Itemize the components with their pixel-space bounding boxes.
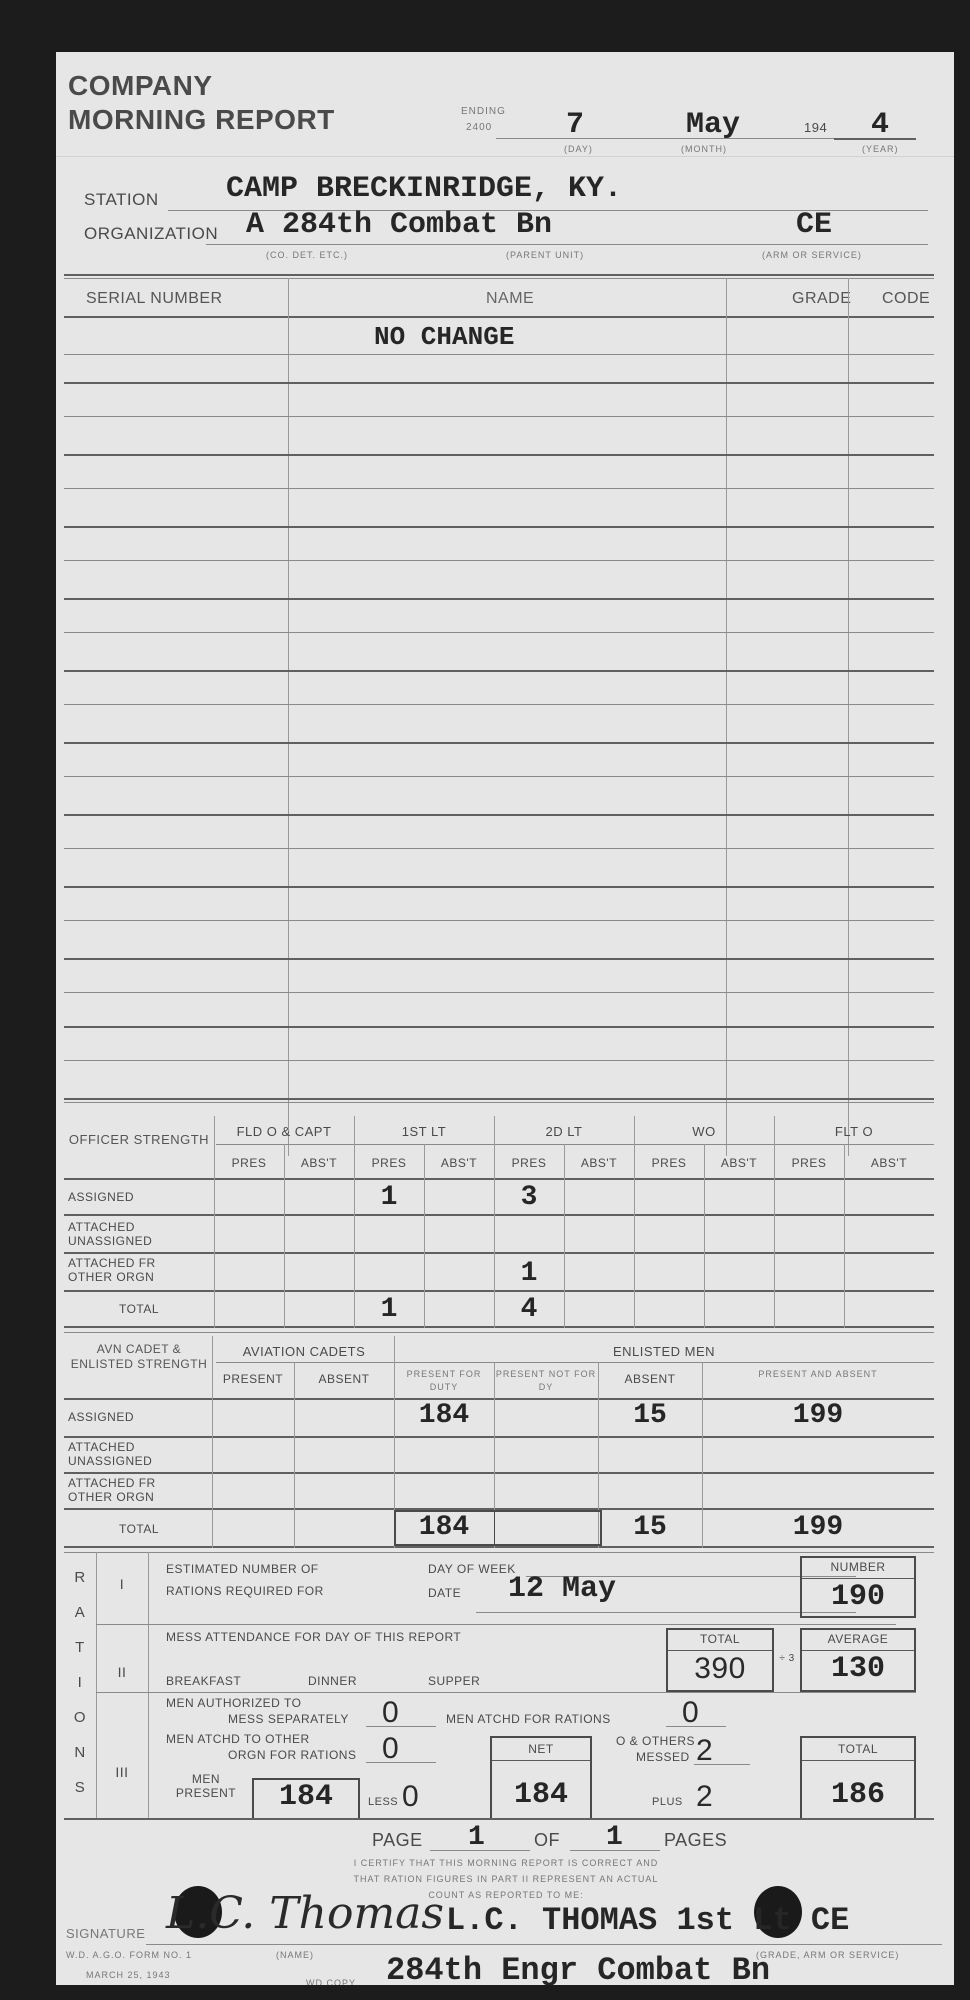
enlisted-row-assigned-label: ASSIGNED	[68, 1410, 134, 1424]
part-i-label-1: ESTIMATED NUMBER OF	[166, 1562, 319, 1576]
mess-separately-value: 0	[382, 1696, 399, 1730]
officer-assigned-1st-lt-pres: 1	[354, 1182, 424, 1213]
officer-row-attached-unassigned-label: ATTACHED UNASSIGNED	[68, 1220, 198, 1248]
col-present-for-duty: PRESENT FOR DUTY	[394, 1368, 494, 1394]
officer-row-attached-fr-label: ATTACHED FR OTHER ORGN	[68, 1256, 198, 1284]
ending-label: ENDING	[461, 106, 506, 117]
average-label: AVERAGE	[800, 1632, 916, 1646]
col-grade: GRADE	[792, 290, 851, 308]
enlisted-men-header: ENLISTED MEN	[394, 1344, 934, 1359]
officer-group-fld-o-capt: FLD O & CAPT	[214, 1124, 354, 1139]
attendance-total: 390	[666, 1652, 774, 1686]
day-caption: (DAY)	[564, 144, 593, 154]
atchd-other-value: 0	[382, 1732, 399, 1766]
part-i-number: I	[96, 1576, 148, 1592]
sub-pres: PRES	[634, 1156, 704, 1170]
page-label: PAGE	[372, 1830, 423, 1851]
org-caption-co: (CO. DET. ETC.)	[266, 250, 348, 260]
men-present-label: MEN PRESENT	[166, 1772, 246, 1800]
grade-caption: (GRADE, ARM OR SERVICE)	[756, 1950, 899, 1960]
rations-date: 12 May	[508, 1572, 616, 1606]
sub-abst: ABS'T	[284, 1156, 354, 1170]
org-caption-arm: (ARM OR SERVICE)	[762, 250, 862, 260]
enlisted-assigned-present-and-absent: 199	[702, 1400, 934, 1431]
enlisted-strength-title: AVN CADET & ENLISTED STRENGTH	[64, 1342, 214, 1372]
officer-group-wo: WO	[634, 1124, 774, 1139]
col-present-and-absent: PRESENT AND ABSENT	[702, 1368, 934, 1381]
station-label: STATION	[84, 190, 159, 210]
day-of-week-label: DAY OF WEEK	[428, 1562, 516, 1576]
organization-label: ORGANIZATION	[84, 224, 218, 244]
mess-separately-label-2: MESS SEPARATELY	[228, 1712, 349, 1726]
supper-label: SUPPER	[428, 1674, 480, 1688]
rations-total-label: TOTAL	[800, 1742, 916, 1756]
enlisted-row-attached-unassigned-label: ATTACHED UNASSIGNED	[68, 1440, 198, 1468]
pages-label: PAGES	[664, 1830, 727, 1851]
less-value: 0	[402, 1780, 419, 1814]
col-code: CODE	[882, 290, 930, 308]
number-label: NUMBER	[800, 1560, 916, 1574]
enlisted-assigned-present-for-duty: 184	[394, 1400, 494, 1431]
sub-abst: ABS'T	[704, 1156, 774, 1170]
enlisted-total-present-and-absent: 199	[702, 1512, 934, 1543]
arm-or-service-value: CE	[796, 208, 832, 242]
net-value: 184	[490, 1778, 592, 1812]
col-present-not-for-duty: PRESENT NOT FOR DY	[494, 1368, 598, 1394]
attendance-average: 130	[800, 1652, 916, 1686]
part-iii-number: III	[96, 1764, 148, 1780]
sub-abst: ABS'T	[564, 1156, 634, 1170]
part-i-label-2: RATIONS REQUIRED FOR	[166, 1584, 324, 1598]
organization-value: A 284th Combat Bn	[246, 208, 552, 242]
ending-time: 2400	[466, 122, 492, 133]
mess-attendance-label: MESS ATTENDANCE FOR DAY OF THIS REPORT	[166, 1630, 461, 1644]
others-messed-label-1: O & OTHERS	[616, 1734, 695, 1748]
part-ii-number: II	[96, 1664, 148, 1680]
year-caption: (YEAR)	[862, 144, 899, 154]
officer-strength-title: OFFICER STRENGTH	[64, 1132, 214, 1148]
atchd-other-label-1: MEN ATCHD TO OTHER	[166, 1732, 310, 1746]
officer-group-1st-lt: 1ST LT	[354, 1124, 494, 1139]
dinner-label: DINNER	[308, 1674, 357, 1688]
atchd-for-rations-value: 0	[682, 1696, 699, 1730]
officer-row-assigned-label: ASSIGNED	[68, 1190, 134, 1204]
org-caption-parent: (PARENT UNIT)	[506, 250, 584, 260]
officer-total-1st-lt-pres: 1	[354, 1294, 424, 1325]
form-title-line2: MORNING REPORT	[68, 104, 335, 136]
sub-pres: PRES	[214, 1156, 284, 1170]
scan-border	[0, 1985, 970, 2000]
report-day: 7	[566, 108, 584, 142]
total-pages: 1	[606, 1822, 623, 1853]
atchd-for-rations-label: MEN ATCHD FOR RATIONS	[446, 1712, 611, 1726]
col-cadets-absent: ABSENT	[294, 1372, 394, 1386]
officer-row-total-label: TOTAL	[64, 1302, 214, 1316]
unit-line: 284th Engr Combat Bn	[386, 1952, 770, 1989]
report-month: May	[686, 108, 740, 142]
officer-attached-fr-2d-lt-pres: 1	[494, 1258, 564, 1289]
others-messed-label-2: MESSED	[636, 1750, 690, 1764]
col-enlisted-absent: ABSENT	[598, 1372, 702, 1386]
roster-entry-name: NO CHANGE	[374, 322, 514, 352]
others-messed-value: 2	[696, 1734, 713, 1768]
sub-pres: PRES	[354, 1156, 424, 1170]
net-label: NET	[490, 1742, 592, 1756]
certify-line-2: THAT RATION FIGURES IN PART II REPRESENT…	[256, 1874, 756, 1884]
officer-total-2d-lt-pres: 4	[494, 1294, 564, 1325]
less-label: LESS	[368, 1796, 398, 1808]
form-date: MARCH 25, 1943	[86, 1970, 171, 1980]
name-caption: (NAME)	[276, 1950, 314, 1960]
plus-value: 2	[696, 1780, 713, 1814]
attendance-total-label: TOTAL	[666, 1632, 774, 1646]
page-number: 1	[468, 1822, 485, 1853]
signature-label: SIGNATURE	[66, 1926, 145, 1941]
plus-label: PLUS	[652, 1796, 683, 1808]
mess-separately-label-1: MEN AUTHORIZED TO	[166, 1696, 301, 1710]
sub-abst: ABS'T	[424, 1156, 494, 1170]
divide-by-three: ÷ 3	[774, 1652, 800, 1666]
col-name: NAME	[486, 290, 534, 308]
enlisted-row-total-label: TOTAL	[64, 1522, 214, 1536]
handwritten-signature: L.C. Thomas	[166, 1888, 444, 1939]
date-label: DATE	[428, 1586, 461, 1600]
officer-group-flt-o: FLT O	[774, 1124, 934, 1139]
month-caption: (MONTH)	[681, 144, 727, 154]
morning-report-form: COMPANY MORNING REPORT ENDING 2400 7 May…	[56, 52, 954, 2000]
col-serial-number: SERIAL NUMBER	[86, 290, 223, 308]
rations-number: 190	[800, 1580, 916, 1614]
enlisted-row-attached-fr-label: ATTACHED FR OTHER ORGN	[68, 1476, 198, 1504]
station-value: CAMP BRECKINRIDGE, KY.	[226, 172, 622, 206]
col-cadets-present: PRESENT	[212, 1372, 294, 1386]
certify-line-1: I CERTIFY THAT THIS MORNING REPORT IS CO…	[256, 1858, 756, 1868]
sub-abst: ABS'T	[844, 1156, 934, 1170]
enlisted-assigned-absent: 15	[598, 1400, 702, 1431]
officer-group-2d-lt: 2D LT	[494, 1124, 634, 1139]
rations-side-label: R A T I O N S	[64, 1560, 96, 1805]
sub-pres: PRES	[774, 1156, 844, 1170]
of-label: OF	[534, 1830, 560, 1851]
form-number: W.D. A.G.O. FORM NO. 1	[66, 1950, 192, 1960]
atchd-other-label-2: ORGN FOR RATIONS	[228, 1748, 356, 1762]
aviation-cadets-header: AVIATION CADETS	[214, 1344, 394, 1359]
signer-name-grade: L.C. THOMAS 1st Lt CE	[446, 1902, 849, 1939]
report-year: 4	[871, 108, 889, 142]
year-prefix: 194	[804, 120, 827, 135]
rations-total-value: 186	[800, 1778, 916, 1812]
sub-pres: PRES	[494, 1156, 564, 1170]
officer-assigned-2d-lt-pres: 3	[494, 1182, 564, 1213]
enlisted-total-absent: 15	[598, 1512, 702, 1543]
enlisted-total-present-for-duty: 184	[394, 1512, 494, 1543]
form-title-line1: COMPANY	[68, 70, 213, 102]
men-present-value: 184	[252, 1780, 360, 1814]
breakfast-label: BREAKFAST	[166, 1674, 241, 1688]
